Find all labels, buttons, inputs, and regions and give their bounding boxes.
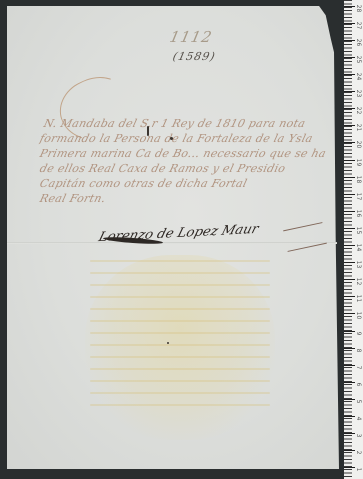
ruler-label: 4 xyxy=(355,414,362,423)
ruler-label: 19 xyxy=(355,158,362,167)
ruler-label: 12 xyxy=(355,277,362,286)
ruler-major-tick xyxy=(344,331,355,332)
ruler-label: 7 xyxy=(355,363,362,372)
ruler-label: 8 xyxy=(355,346,362,355)
ruler-label: 25 xyxy=(355,55,362,64)
ruler-major-tick xyxy=(344,348,355,349)
ruler-major-tick xyxy=(344,365,355,366)
ruler-label: 11 xyxy=(355,294,362,303)
ruler-label: 20 xyxy=(355,140,362,149)
ruler-major-tick xyxy=(344,142,355,143)
ruler-label: 15 xyxy=(355,226,362,235)
ruler-label: 14 xyxy=(355,243,362,252)
ruler-label: 22 xyxy=(355,106,362,115)
ruler-major-tick xyxy=(344,262,355,263)
text-line-5: Capitán como otras de dicha Fortal xyxy=(38,176,327,191)
ruler-major-tick xyxy=(344,313,355,314)
sub-reference-number: (1589) xyxy=(172,50,217,63)
ruler-major-tick xyxy=(344,433,355,434)
ink-blot xyxy=(170,137,173,140)
ruler-label: 3 xyxy=(355,431,362,440)
ruler-major-tick xyxy=(344,57,355,58)
ruler-label: 26 xyxy=(355,38,362,47)
ruler-major-tick xyxy=(344,382,355,383)
bleed-through-text xyxy=(90,260,270,430)
text-line-1: N. Mandaba del S.r 1 Rey de 1810 para no… xyxy=(38,116,327,131)
ruler-label: 21 xyxy=(355,123,362,132)
ruler-major-tick xyxy=(344,211,355,212)
ruler-label: 24 xyxy=(355,72,362,81)
ruler-label: 1 xyxy=(355,465,362,474)
ruler-major-tick xyxy=(344,296,355,297)
ruler-major-tick xyxy=(344,245,355,246)
text-line-3: Primera marina Ca de Bo... necessario qu… xyxy=(38,146,327,161)
ruler-label: 16 xyxy=(355,209,362,218)
ruler-major-tick xyxy=(344,416,355,417)
ruler-label: 2 xyxy=(355,448,362,457)
ruler-label: 6 xyxy=(355,380,362,389)
ruler-major-tick xyxy=(344,279,355,280)
text-line-2: formando la Persona de la Fortaleza de l… xyxy=(38,131,327,146)
ruler-label: 18 xyxy=(355,175,362,184)
ruler-major-tick xyxy=(344,91,355,92)
handwritten-body: N. Mandaba del S.r 1 Rey de 1810 para no… xyxy=(40,116,325,206)
ruler-label: 27 xyxy=(355,21,362,30)
ink-stroke xyxy=(147,126,149,136)
ruler-label: 10 xyxy=(355,311,362,320)
ruler-label: 5 xyxy=(355,397,362,406)
ruler-major-tick xyxy=(344,6,355,7)
ruler-major-tick xyxy=(344,399,355,400)
ruler-major-tick xyxy=(344,40,355,41)
reference-number: 1112 xyxy=(168,28,214,46)
ruler-major-tick xyxy=(344,125,355,126)
ruler-major-tick xyxy=(344,450,355,451)
ruler-major-tick xyxy=(344,160,355,161)
ruler-label: 17 xyxy=(355,192,362,201)
ruler-major-tick xyxy=(344,467,355,468)
text-line-4: de ellos Real Caxa de Ramos y el Presidi… xyxy=(38,161,327,176)
ruler-label: 13 xyxy=(355,260,362,269)
ruler-major-tick xyxy=(344,23,355,24)
ruler-major-tick xyxy=(344,108,355,109)
text-line-6: Real Fortn. xyxy=(38,191,327,206)
ruler-major-tick xyxy=(344,194,355,195)
ruler-major-tick xyxy=(344,228,355,229)
measurement-ruler: 2827262524232221201918171615141312111098… xyxy=(344,0,363,479)
ink-speck xyxy=(167,342,169,344)
ruler-label: 23 xyxy=(355,89,362,98)
ruler-label: 28 xyxy=(355,4,362,13)
ruler-major-tick xyxy=(344,177,355,178)
ruler-major-tick xyxy=(344,74,355,75)
ruler-ticks xyxy=(344,0,352,479)
ruler-label: 9 xyxy=(355,329,362,338)
